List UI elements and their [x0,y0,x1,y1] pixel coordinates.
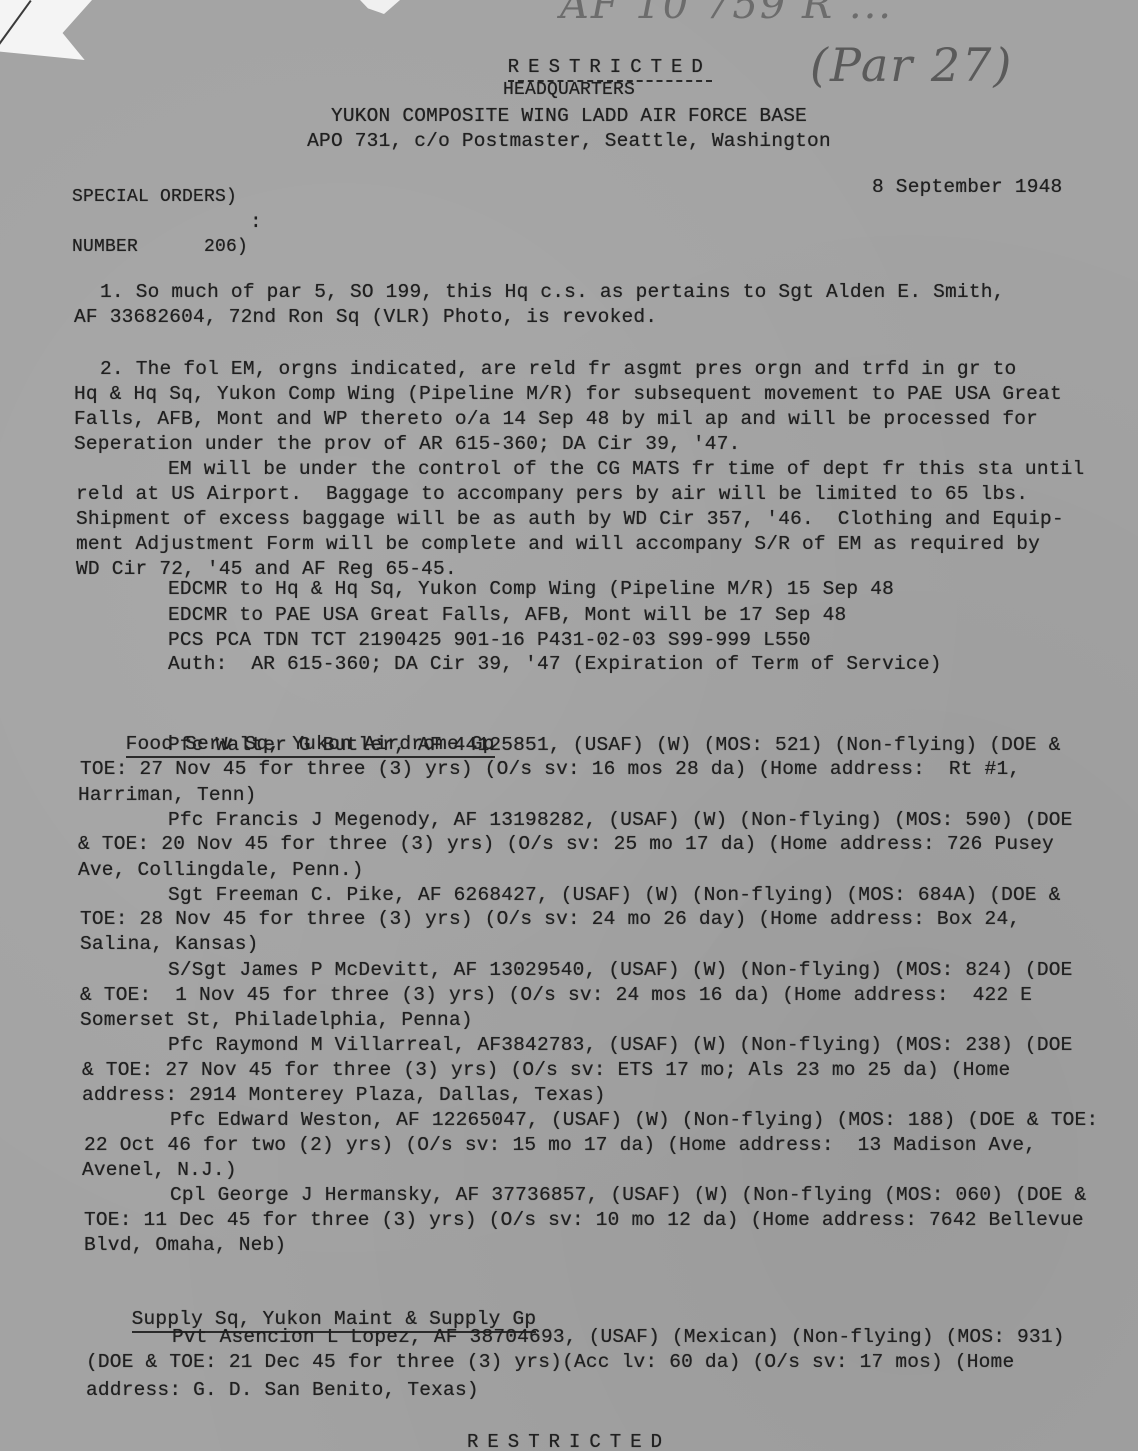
personnel-entry-line: Pfc Francis J Megenody, AF 13198282, (US… [168,808,1073,832]
para1-line: AF 33682604, 72nd Ron Sq (VLR) Photo, is… [74,305,657,329]
order-colon: : [250,210,262,234]
personnel-entry-line: Sgt Freeman C. Pike, AF 6268427, (USAF) … [168,883,1061,907]
personnel-entry-line: & TOE: 20 Nov 45 for three (3) yrs) (O/s… [78,832,1054,856]
personnel-entry-line: Ave, Collingdale, Penn.) [78,858,364,882]
handwritten-note-top: AF 10 759 R ... [560,0,893,28]
order-number: NUMBER 206) [72,235,248,259]
personnel-entry-line: Pfc Raymond M Villarreal, AF3842783, (US… [168,1033,1073,1057]
header-line-1: HEADQUARTERS [0,78,1138,102]
document-page: AF 10 759 R ... (Par 27) RESTRICTED HEAD… [0,0,1138,1451]
header-line-3: APO 731, c/o Postmaster, Seattle, Washin… [0,129,1138,153]
personnel-entry-line: & TOE: 1 Nov 45 for three (3) yrs) (O/s … [80,983,1032,1007]
personnel-entry-line: TOE: 11 Dec 45 for three (3) yrs) (O/s s… [84,1208,1084,1232]
para2-line: Seperation under the prov of AR 615-360;… [74,432,741,456]
classification-bottom: RESTRICTED [0,1430,1138,1451]
personnel-entry-line: TOE: 27 Nov 45 for three (3) yrs) (O/s s… [80,757,1020,781]
para2-line: EM will be under the control of the CG M… [168,457,1084,481]
personnel-entry-line: Somerset St, Philadelphia, Penna) [80,1008,473,1032]
para2-line: Hq & Hq Sq, Yukon Comp Wing (Pipeline M/… [74,382,1062,406]
header-line-2: YUKON COMPOSITE WING LADD AIR FORCE BASE [0,104,1138,128]
para2-line: ment Adjustment Form will be complete an… [76,532,1040,556]
personnel-entry-line: Cpl George J Hermansky, AF 37736857, (US… [170,1183,1086,1207]
personnel-entry-line: address: 2914 Monterey Plaza, Dallas, Te… [82,1083,606,1107]
personnel-entry-line: address: G. D. San Benito, Texas) [86,1378,479,1402]
personnel-entry-line: (DOE & TOE: 21 Dec 45 for three (3) yrs)… [86,1350,1014,1374]
para2-line: EDCMR to PAE USA Great Falls, AFB, Mont … [168,603,846,627]
personnel-entry-line: Salina, Kansas) [80,932,259,956]
para1-line: 1. So much of par 5, SO 199, this Hq c.s… [100,280,1005,304]
para2-line: Shipment of excess baggage will be as au… [76,507,1064,531]
personnel-entry-line: Pfc Edward Weston, AF 12265047, (USAF) (… [170,1108,1098,1132]
personnel-entry-line: Blvd, Omaha, Neb) [84,1233,286,1257]
order-date: 8 September 1948 [872,175,1062,199]
personnel-entry-line: & TOE: 27 Nov 45 for three (3) yrs) (O/s… [82,1058,1010,1082]
para2-line: Falls, AFB, Mont and WP thereto o/a 14 S… [74,407,1038,431]
personnel-entry-line: 22 Oct 46 for two (2) yrs) (O/s sv: 15 m… [84,1133,1036,1157]
personnel-entry-line: Pfc Walter G Butler, AF 44125851, (USAF)… [168,733,1061,757]
para2-line: 2. The fol EM, orgns indicated, are reld… [100,357,1016,381]
personnel-entry-line: S/Sgt James P McDevitt, AF 13029540, (US… [168,958,1073,982]
para2-line: EDCMR to Hq & Hq Sq, Yukon Comp Wing (Pi… [168,577,894,601]
personnel-entry-line: Harriman, Tenn) [78,783,257,807]
personnel-entry-line: TOE: 28 Nov 45 for three (3) yrs) (O/s s… [80,907,1020,931]
para2-line: Auth: AR 615-360; DA Cir 39, '47 (Expira… [168,652,942,676]
para2-line: reld at US Airport. Baggage to accompany… [76,482,1028,506]
torn-edge [360,0,400,14]
personnel-entry-line: Pvt Asencion L Lopez, AF 38704693, (USAF… [172,1325,1065,1349]
para2-line: PCS PCA TDN TCT 2190425 901-16 P431-02-0… [168,628,811,652]
personnel-entry-line: Avenel, N.J.) [82,1158,237,1182]
special-orders-label: SPECIAL ORDERS) [72,185,237,209]
